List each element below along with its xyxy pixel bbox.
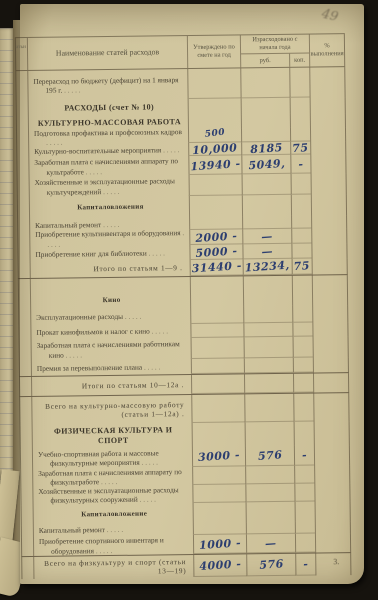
document-page: 49 № статьи Наименование статей расходов…	[20, 4, 364, 584]
total-row: Всего на физкультуру и спорт (статьи 13—…	[21, 553, 351, 579]
total-label: Итого по статьям 1—9 .	[36, 264, 187, 275]
subsection-title: Кино	[36, 295, 187, 306]
page-number: 3.	[333, 557, 339, 566]
pencil-folio-note: 49	[321, 7, 341, 25]
row-label: Учебно-спортивная работа и массовые физк…	[38, 448, 189, 468]
value-rubles: —	[261, 229, 273, 243]
table-row: Перерасход по бюджету (дефицит) на 1 янв…	[15, 67, 345, 101]
header-expense-items: Наименование статей расходов	[27, 36, 187, 70]
value-kopecks: -	[303, 557, 309, 570]
header-spent-group: Израсходовано с начала года руб. коп.	[240, 35, 309, 68]
header-article-number: № статьи	[15, 38, 27, 70]
header-rubles: руб.	[241, 54, 289, 68]
row-label: Капитальный ремонт	[39, 524, 190, 535]
scan-tilt-wrapper: 49 № статьи Наименование статей расходов…	[16, 2, 367, 586]
value-rubles: —	[261, 244, 273, 258]
value-rubles: 576	[257, 448, 282, 463]
value-rubles: 8185	[250, 141, 283, 156]
total-label: Всего на культурно-массовую работу (стат…	[37, 400, 188, 420]
header-approved-budget: Утверждено по смете на год	[187, 35, 240, 68]
subsection-title: Капиталовложения	[35, 202, 186, 213]
section-title: ФИЗИЧЕСКАЯ КУЛЬТУРА И СПОРТ	[38, 425, 189, 447]
value-kopecks: -	[298, 157, 304, 170]
value-approved: 500	[204, 127, 225, 139]
value-approved: 10,000	[192, 141, 238, 157]
value-approved: 13940 -	[190, 157, 241, 173]
value-kopecks: 75	[292, 141, 309, 155]
row-label: Премия за перевыполнение плана	[37, 362, 188, 373]
row-label: Приобретение книг для библиотеки	[35, 248, 186, 259]
row-label: Хозяйственные и эксплуатационные расходы…	[38, 485, 189, 505]
total-row: Всего на культурно-массовую работу (стат…	[19, 393, 349, 425]
subsection-header-row: Кино	[18, 275, 348, 309]
value-approved: 31440 -	[191, 259, 242, 275]
row-label: Заработная плата с начислениями работник…	[37, 339, 188, 359]
value-approved: 2000 -	[195, 229, 238, 245]
row-label: Культурно-воспитательные мероприятия	[34, 145, 185, 156]
value-approved: 5000 -	[195, 244, 238, 260]
value-approved: 3000 -	[198, 448, 241, 464]
row-label: Приобретение спортивного инвентаря и обо…	[39, 535, 190, 555]
row-label: Хозяйственные и эксплуатационные расходы…	[35, 176, 186, 196]
row-label: Эксплуатационные расходы	[36, 311, 187, 322]
value-rubles: —	[265, 536, 277, 550]
value-approved: 4000 -	[199, 557, 242, 573]
total-label: Итоги по статьям 10—12а .	[37, 380, 188, 391]
row-label: Заработная плата с начислениями аппарату…	[38, 467, 189, 487]
value-approved: 1000 -	[199, 536, 242, 552]
value-rubles: 576	[259, 557, 284, 572]
header-spent-since-year-start: Израсходовано с начала года	[241, 35, 309, 54]
row-label: Перерасход по бюджету (дефицит) на 1 янв…	[33, 75, 184, 95]
table-header-row: № статьи Наименование статей расходов Ут…	[15, 34, 345, 71]
total-label: Всего на физкультуру и спорт (статьи 13—…	[39, 557, 190, 577]
section-title: РАСХОДЫ (счет № 10)	[34, 102, 185, 114]
value-rubles: 13234,	[245, 259, 291, 275]
value-kopecks: 75	[294, 259, 311, 273]
value-rubles: 5049,	[248, 156, 286, 171]
row-label: Прокат кинофильмов и налог с кино	[36, 326, 187, 337]
header-percent-fulfilled: % выполнения	[309, 34, 345, 66]
row-label: Заработная плата с начислениями аппарату…	[34, 156, 185, 176]
value-kopecks: -	[302, 448, 308, 461]
header-kopecks: коп.	[289, 54, 309, 67]
subsection-title: Капиталовложение	[39, 509, 190, 520]
budget-table: № статьи Наименование статей расходов Ут…	[15, 33, 352, 579]
